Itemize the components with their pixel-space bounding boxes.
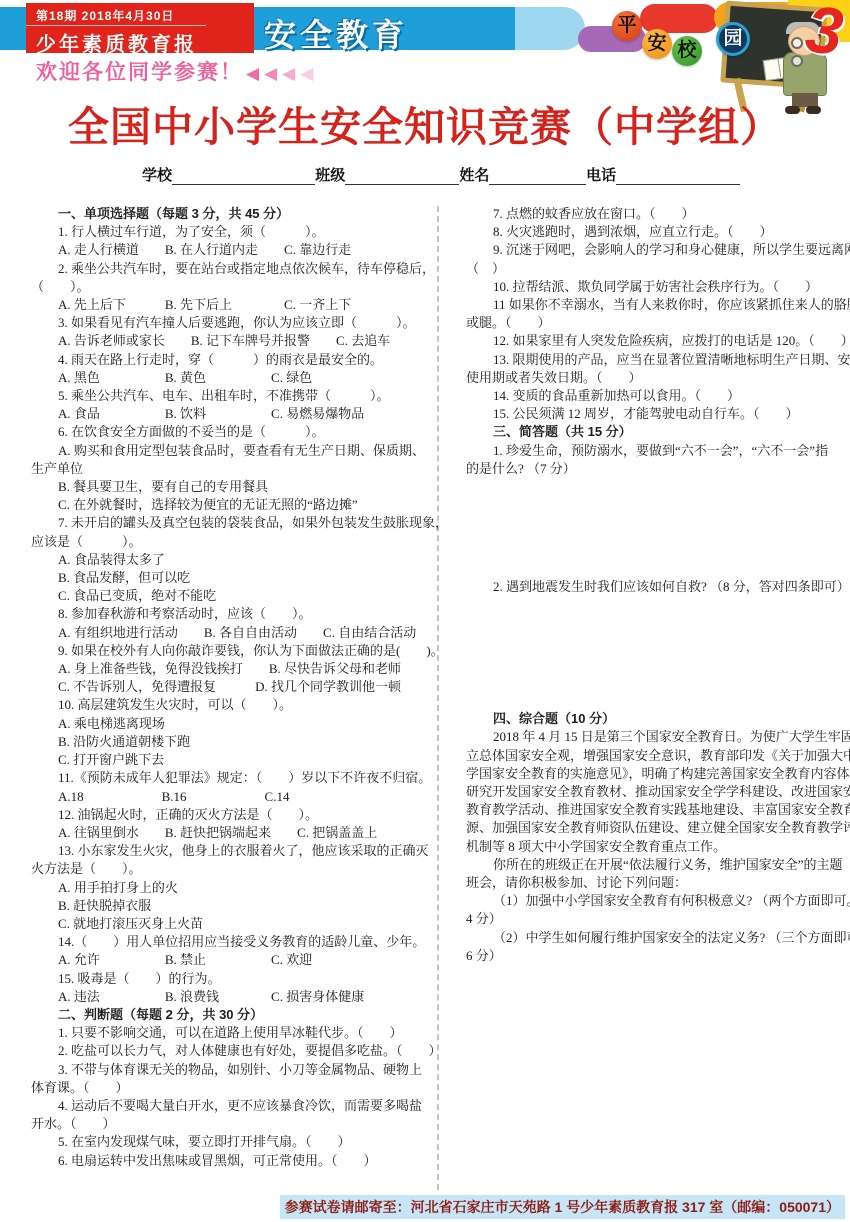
badge-an: 安 [642, 29, 672, 59]
text-line: 9. 沉迷于网吧，会影响人的学习和身心健康，所以学生要远离网吧。 [466, 241, 848, 259]
text-line: （ ）。 [31, 278, 437, 296]
answer-space [466, 596, 848, 710]
name-label: 姓名 [459, 164, 489, 185]
text-line: A. 走人行横道 B. 在人行道内走 C. 靠边行走 [31, 241, 437, 259]
page-number: 3 [802, 0, 846, 70]
text-line: A. 购买和食用定型包装食品时，要查看有无生产日期、保质期、 [31, 442, 437, 460]
arrow-icon: ◀ [264, 64, 279, 83]
text-line: 12. 油锅起火时，正确的灭火方法是（ ）。 [31, 806, 437, 824]
text-line: 2018 年 4 月 15 日是第三个国家安全教育日。为使广大学生牢固树 [466, 728, 848, 746]
text-line: 一、单项选择题（每题 3 分，共 45 分） [31, 205, 437, 223]
text-line: 14.（ ）用人单位招用应当接受义务教育的适龄儿童、少年。 [31, 933, 437, 951]
text-line: A. 黑色 B. 黄色 C. 绿色 [31, 369, 437, 387]
text-line: 11 如果你不幸溺水，当有人来救你时，你应该紧抓住来人的胳膊 [466, 296, 848, 314]
issue-box: 第18期 2018年4月30日 少年素质教育报 [26, 3, 254, 53]
phone-blank [616, 168, 740, 185]
text-line: （2）中学生如何履行维护国家安全的法定义务? （三个方面即可。 [466, 929, 848, 947]
text-line: 开水。（ ） [31, 1115, 437, 1133]
school-blank [172, 168, 315, 185]
banner-bar-cap [515, 7, 585, 50]
welcome-slogan: 欢迎各位同学参赛！◀◀◀◀ [36, 56, 315, 86]
text-line: A. 先上后下 B. 先下后上 C. 一齐上下 [31, 296, 437, 314]
text-line: 体育课。（ ） [31, 1079, 437, 1097]
badge-xiao: 校 [672, 36, 702, 66]
text-line: 5. 在室内发现煤气味，要立即打开排气扇。（ ） [31, 1133, 437, 1151]
text-line: 13. 小东家发生火灾，他身上的衣服着火了，他应该采取的正确灭 [31, 842, 437, 860]
text-line: 教育教学活动、推进国家安全教育实践基地建设、丰富国家安全教育资 [466, 801, 848, 819]
text-line: 9. 如果在校外有人向你敲诈要钱，你认为下面做法正确的是( )。 [31, 642, 437, 660]
text-line: 四、综合题（10 分） [466, 710, 848, 728]
text-line: 6. 在饮食安全方面做的不妥当的是（ ）。 [31, 423, 437, 441]
text-line: 二、判断题（每题 2 分，共 30 分） [31, 1006, 437, 1024]
text-line: 1. 行人横过车行道，为了安全，须（ ）。 [31, 223, 437, 241]
text-line: C. 食品已变质，绝对不能吃 [31, 587, 437, 605]
class-label: 班级 [315, 164, 345, 185]
text-line: （1）加强中小学国家安全教育有何积极意义? （两个方面即可。 [466, 892, 848, 910]
text-line: 11.《预防未成年人犯罪法》规定：（ ）岁以下不许夜不归宿。 [31, 769, 437, 787]
text-line: 或腿。（ ） [466, 314, 848, 332]
contest-title: 全国中小学生安全知识竞赛（中学组） [0, 94, 850, 153]
text-line: 立总体国家安全观，增强国家安全意识，教育部印发《关于加强大中小 [466, 747, 848, 765]
quiz-column-right: 7. 点燃的蚊香应放在窗口。（ ）8. 火灾逃跑时，遇到浓烟，应直立行走。（ ）… [466, 205, 848, 965]
arrow-icon: ◀ [300, 64, 315, 83]
text-line: A. 食品装得太多了 [31, 551, 437, 569]
text-line: 3. 如果看见有汽车撞人后要逃跑，你认为应该立即（ ）。 [31, 314, 437, 332]
text-line: 1. 只要不影响交通，可以在道路上使用旱冰鞋代步。（ ） [31, 1024, 437, 1042]
text-line: A. 乘电梯逃离现场 [31, 715, 437, 733]
issue-date: 第18期 2018年4月30日 [26, 3, 206, 26]
text-line: 1. 珍爱生命，预防溺水，要做到“六不一会”，“六不一会”指 [466, 442, 848, 460]
entry-form: 学校 班级 姓名 电话 [142, 164, 740, 185]
school-label: 学校 [142, 164, 172, 185]
text-line: 7. 未开启的罐头及真空包装的袋装食品，如果外包装发生鼓胀现象， [31, 514, 437, 532]
text-line: B. 食品发酵，但可以吃 [31, 569, 437, 587]
text-line: 三、简答题（共 15 分） [466, 423, 848, 441]
text-line: 4. 雨天在路上行走时，穿（ ）的雨衣是最安全的。 [31, 351, 437, 369]
newspaper-page: { "colors":{"banner_blue":"#1e9fd9","mas… [0, 0, 850, 1222]
text-line: 15. 公民须满 12 周岁，才能驾驶电动自行车。（ ） [466, 405, 848, 423]
text-line: A. 用手拍打身上的火 [31, 879, 437, 897]
text-line: 15. 吸毒是（ ）的行为。 [31, 970, 437, 988]
text-line: 12. 如果家里有人突发危险疾病，应拨打的电话是 120。（ ） [466, 332, 848, 350]
text-line: A. 违法 B. 浪费钱 C. 损害身体健康 [31, 988, 437, 1006]
text-line: 6 分） [466, 947, 848, 965]
text-line: 14. 变质的食品重新加热可以食用。（ ） [466, 387, 848, 405]
text-line: 你所在的班级正在开展“依法履行义务，维护国家安全”的主题 [466, 856, 848, 874]
text-line: A.18 B.16 C.14 [31, 788, 437, 806]
text-line: 6. 电扇运转中发出焦味或冒黑烟，可正常使用。（ ） [31, 1152, 437, 1170]
badge-yuan: 园 [716, 22, 750, 56]
text-line: A. 有组织地进行活动 B. 各自自由活动 C. 自由结合活动 [31, 624, 437, 642]
text-line: C. 在外就餐时，选择较为便宜的无证无照的“路边摊” [31, 496, 437, 514]
text-line: 4 分） [466, 910, 848, 928]
text-line: 2. 吃盐可以长力气，对人体健康也有好处，要提倡多吃盐。（ ） [31, 1042, 437, 1060]
text-line: C. 就地打滚压灭身上火苗 [31, 915, 437, 933]
text-line: 7. 点燃的蚊香应放在窗口。（ ） [466, 205, 848, 223]
text-line: 10. 拉帮结派、欺负同学属于妨害社会秩序行为。（ ） [466, 278, 848, 296]
text-line: 4. 运动后不要喝大量白开水，更不应该暴食冷饮，而需要多喝盐 [31, 1097, 437, 1115]
text-line: 10. 高层建筑发生火灾时，可以（ ）。 [31, 696, 437, 714]
text-line: 应该是（ ）。 [31, 533, 437, 551]
text-line: （ ） [466, 260, 848, 278]
text-line: 生产单位 [31, 460, 437, 478]
text-line: 班会，请你积极参加、讨论下列问题： [466, 874, 848, 892]
text-line: 2. 遇到地震发生时我们应该如何自救? （8 分，答对四条即可） [466, 578, 848, 596]
text-line: 使用期或者失效日期。（ ） [466, 369, 848, 387]
class-blank [345, 168, 459, 185]
badge-ping: 平 [612, 11, 642, 41]
arrow-icon: ◀ [282, 64, 297, 83]
answer-space [466, 478, 848, 578]
paper-name: 少年素质教育报 [26, 26, 254, 57]
text-line: 3. 不带与体育课无关的物品，如别针、小刀等金属物品、硬物上 [31, 1061, 437, 1079]
text-line: 学国家安全教育的实施意见》，明确了构建完善国家安全教育内容体系、 [466, 765, 848, 783]
text-line: A. 身上准备些钱，免得没钱挨打 B. 尽快告诉父母和老师 [31, 660, 437, 678]
text-line: 的是什么? （7 分） [466, 460, 848, 478]
text-line: 13. 限期使用的产品，应当在显著位置清晰地标明生产日期、安全 [466, 351, 848, 369]
quiz-column-left: 一、单项选择题（每题 3 分，共 45 分）1. 行人横过车行道，为了安全，须（… [31, 205, 437, 1170]
text-line: B. 餐具要卫生，要有自己的专用餐具 [31, 478, 437, 496]
phone-label: 电话 [586, 164, 616, 185]
text-line: 5. 乘坐公共汽车、电车、出租车时，不准携带（ ）。 [31, 387, 437, 405]
arrow-icon: ◀ [246, 64, 261, 83]
text-line: B. 沿防火通道朝楼下跑 [31, 733, 437, 751]
text-line: C. 不告诉别人，免得遭报复 D. 找几个同学教训他一顿 [31, 678, 437, 696]
text-line: 8. 参加春秋游和考察活动时，应该（ ）。 [31, 605, 437, 623]
mailing-address-note: 参赛试卷请邮寄至：河北省石家庄市天苑路 1 号少年素质教育报 317 室（邮编：… [280, 1195, 845, 1219]
text-line: A. 告诉老师或家长 B. 记下车牌号并报警 C. 去追车 [31, 332, 437, 350]
text-line: A. 食品 B. 饮料 C. 易燃易爆物品 [31, 405, 437, 423]
text-line: C. 打开窗户跳下去 [31, 751, 437, 769]
text-line: 研究开发国家安全教育教材、推动国家安全学学科建设、改进国家安全 [466, 783, 848, 801]
text-line: 2. 乘坐公共汽车时，要在站台或指定地点依次候车，待车停稳后， [31, 260, 437, 278]
name-blank [489, 168, 586, 185]
text-line: 源、加强国家安全教育师资队伍建设、建立健全国家安全教育教学评价 [466, 819, 848, 837]
text-line: 机制等 8 项大中小学国家安全教育重点工作。 [466, 838, 848, 856]
text-line: 火方法是（ ）。 [31, 860, 437, 878]
text-line: A. 往锅里倒水 B. 赶快把锅端起来 C. 把锅盖盖上 [31, 824, 437, 842]
text-line: 8. 火灾逃跑时，遇到浓烟，应直立行走。（ ） [466, 223, 848, 241]
text-line: B. 赶快脱掉衣服 [31, 897, 437, 915]
section-title: 安全教育 [264, 10, 408, 56]
welcome-text: 欢迎各位同学参赛！ [36, 61, 243, 84]
text-line: A. 允许 B. 禁止 C. 欢迎 [31, 951, 437, 969]
